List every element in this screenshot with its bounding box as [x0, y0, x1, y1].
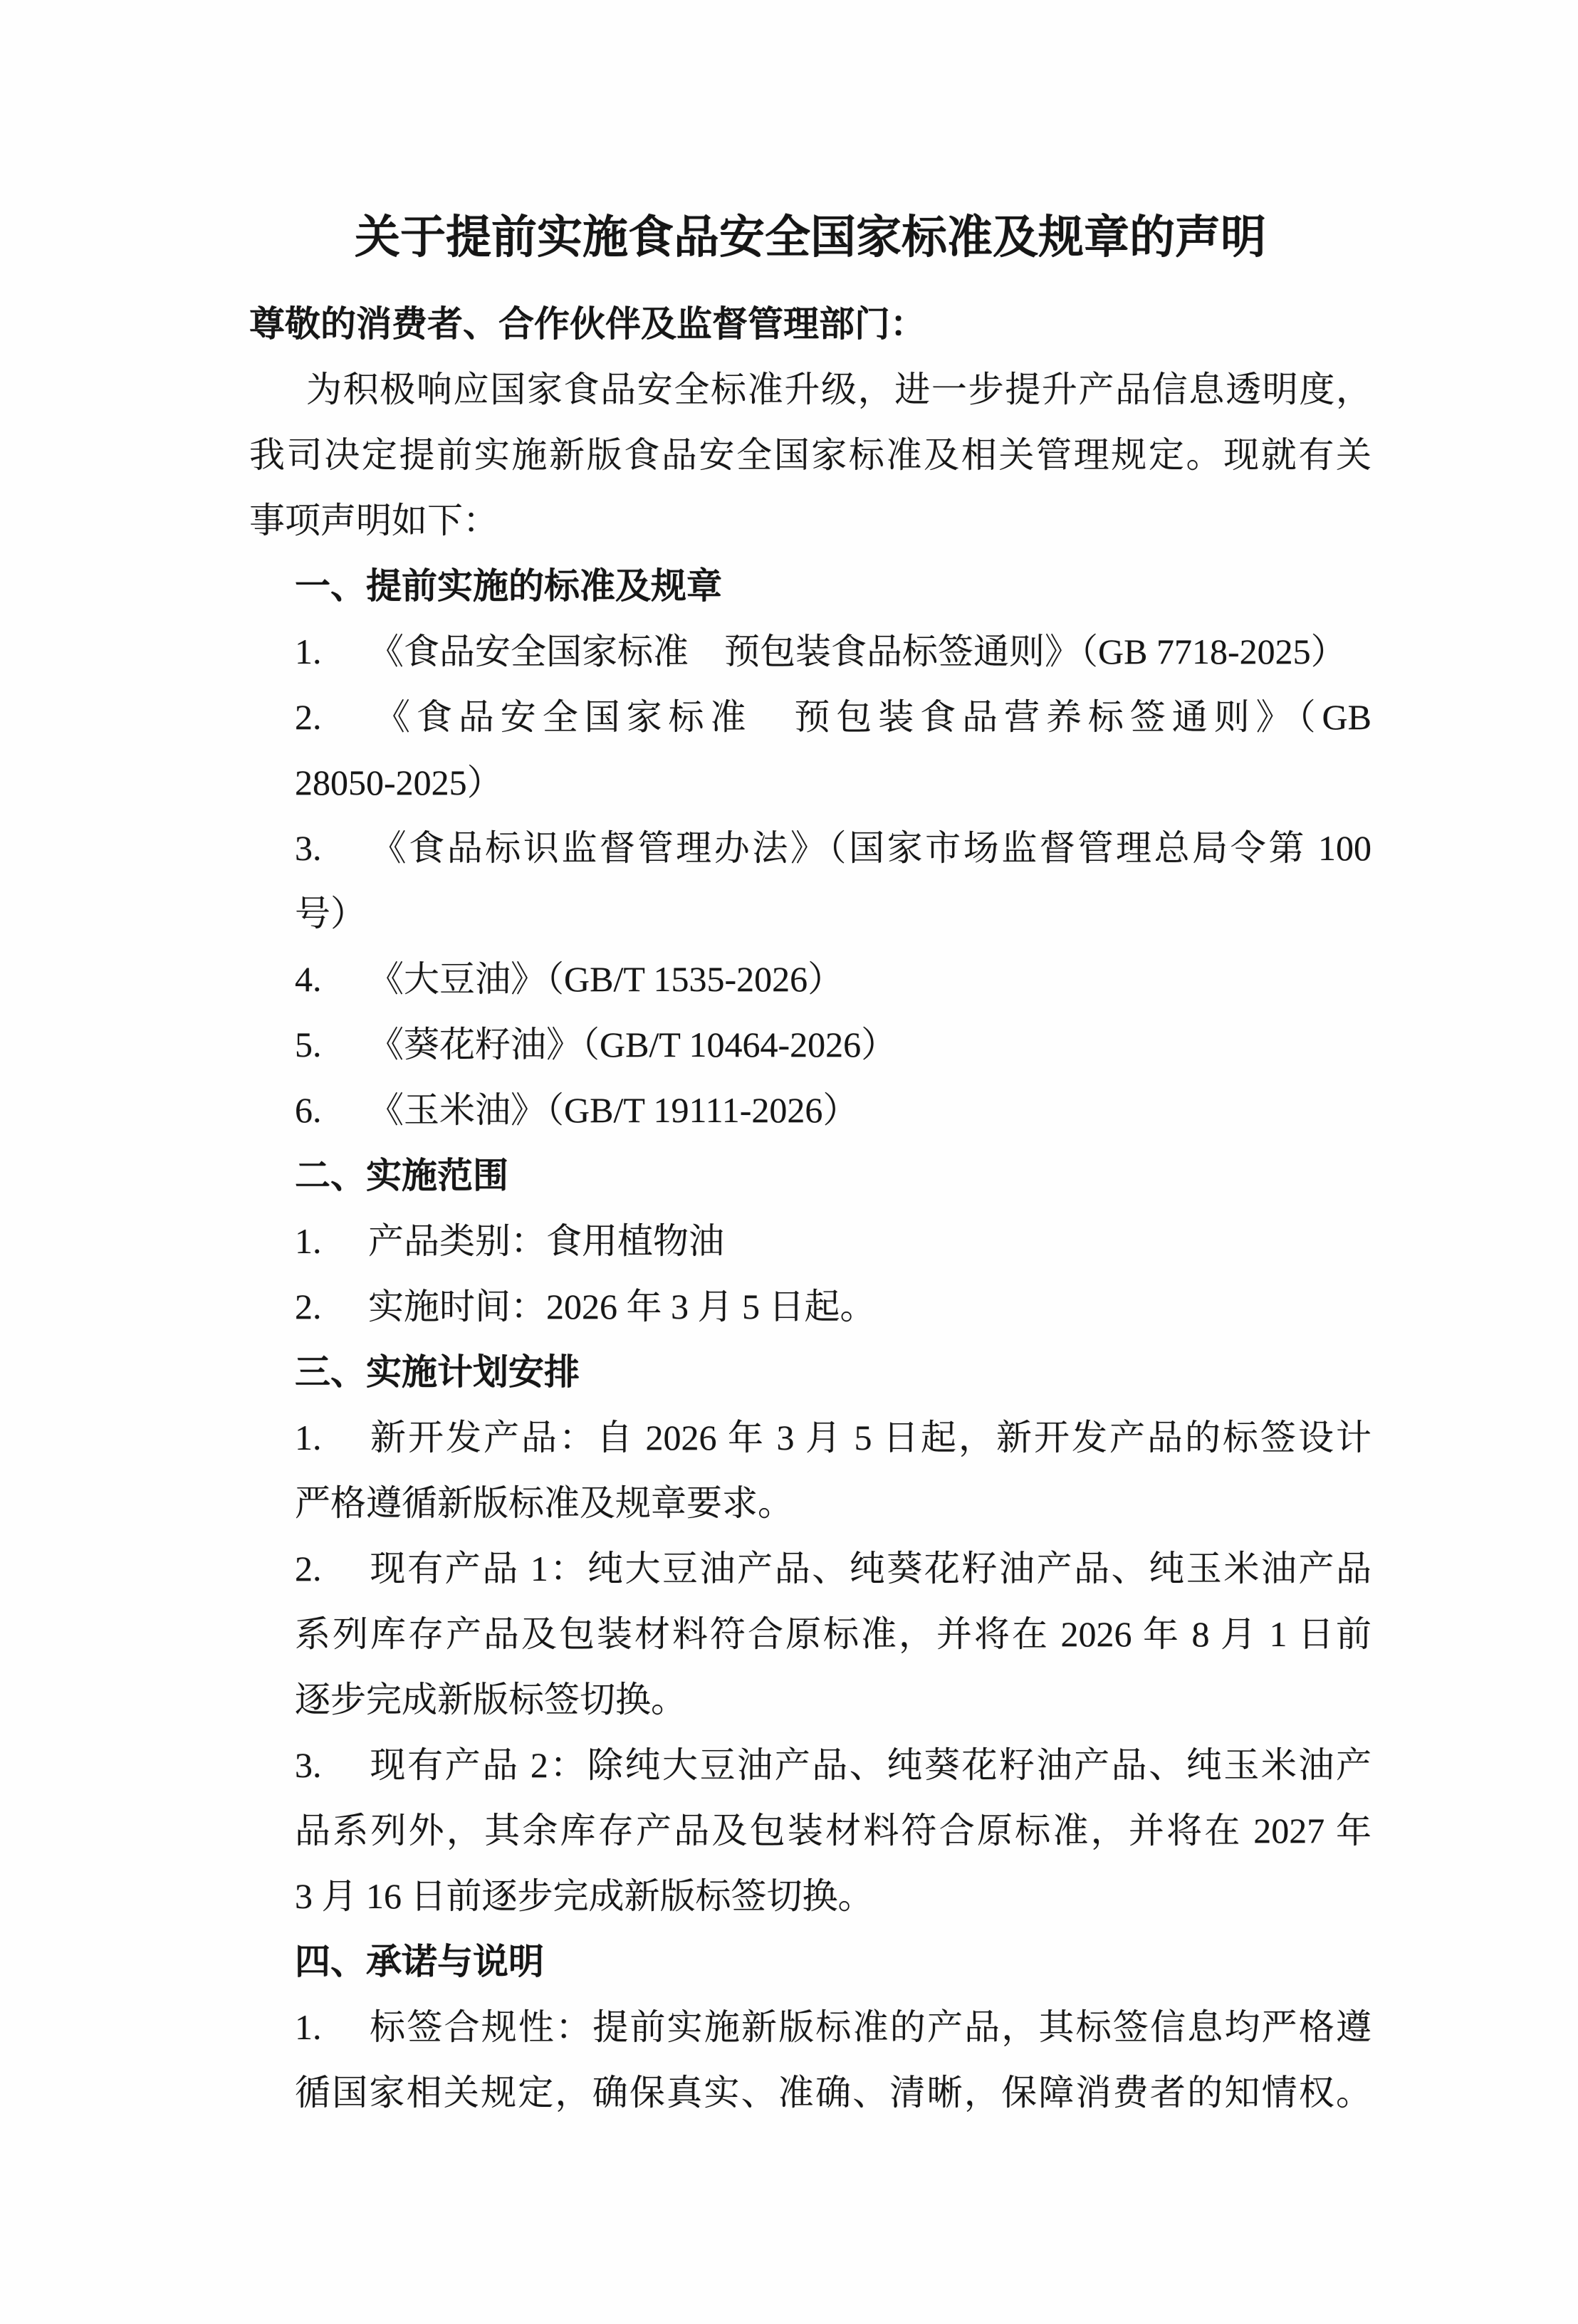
section-heading: 一、提前实施的标准及规章 [295, 553, 1371, 619]
item-line: 3.现有产品 2：除纯大豆油产品、纯葵花籽油产品、纯玉米油产 [295, 1732, 1371, 1798]
list-item: 1.新开发产品：自 2026 年 3 月 5 日起，新开发产品的标签设计 严格遵… [295, 1405, 1371, 1536]
item-line: 严格遵循新版标准及规章要求。 [295, 1470, 1371, 1536]
list-item: 1.产品类别：食用植物油 [295, 1208, 1371, 1274]
item-text: 标签合规性：提前实施新版标准的产品，其标签信息均严格遵 [368, 2007, 1371, 2047]
item-number: 3. [295, 1732, 368, 1798]
item-number: 5. [295, 1012, 368, 1077]
item-text: 《葵花籽油》（GB/T 10464-2026） [368, 1025, 897, 1064]
item-line: 系列库存产品及包装材料符合原标准，并将在 2026 年 8 月 1 日前 [295, 1601, 1371, 1667]
item-number: 1. [295, 619, 368, 684]
item-number: 4. [295, 946, 368, 1012]
item-number: 3. [295, 815, 368, 881]
item-text: 《食品标识监督管理办法》（国家市场监督管理总局令第 100 [368, 828, 1371, 868]
section-standards: 一、提前实施的标准及规章 1.《食品安全国家标准 预包装食品标签通则》（GB 7… [295, 553, 1371, 1143]
list-item: 1.标签合规性：提前实施新版标准的产品，其标签信息均严格遵 循国家相关规定，确保… [295, 1994, 1371, 2125]
item-text: 实施时间：2026 年 3 月 5 日起。 [368, 1287, 876, 1326]
section-heading: 三、实施计划安排 [295, 1339, 1371, 1405]
item-number: 2. [295, 684, 368, 750]
document-page: 关于提前实施食品安全国家标准及规章的声明 尊敬的消费者、合作伙伴及监督管理部门：… [0, 0, 1578, 2324]
list-item: 4.《大豆油》（GB/T 1535-2026） [295, 946, 1371, 1012]
item-number: 2. [295, 1536, 368, 1601]
item-line: 2.《食品安全国家标准 预包装食品营养标签通则》（GB [295, 684, 1371, 750]
list-item: 5.《葵花籽油》（GB/T 10464-2026） [295, 1012, 1371, 1077]
section-commitment: 四、承诺与说明 1.标签合规性：提前实施新版标准的产品，其标签信息均严格遵 循国… [295, 1929, 1371, 2125]
item-line: 逐步完成新版标签切换。 [295, 1667, 1371, 1732]
intro-line: 我司决定提前实施新版食品安全国家标准及相关管理规定。现就有关 [249, 422, 1371, 488]
intro-paragraph: 为积极响应国家食品安全标准升级，进一步提升产品信息透明度， 我司决定提前实施新版… [249, 357, 1371, 553]
document-text: 尊敬的消费者、合作伙伴及监督管理部门： 为积极响应国家食品安全标准升级，进一步提… [249, 291, 1371, 2125]
item-line: 3.《食品标识监督管理办法》（国家市场监督管理总局令第 100 [295, 815, 1371, 881]
item-line: 1.产品类别：食用植物油 [295, 1208, 1371, 1274]
item-line: 28050-2025） [295, 750, 1371, 815]
document-body: 关于提前实施食品安全国家标准及规章的声明 尊敬的消费者、合作伙伴及监督管理部门：… [249, 0, 1371, 2125]
item-text: 《大豆油》（GB/T 1535-2026） [368, 959, 843, 999]
section-scope: 二、实施范围 1.产品类别：食用植物油 2.实施时间：2026 年 3 月 5 … [295, 1143, 1371, 1339]
item-line: 号） [295, 881, 1371, 946]
list-item: 2.现有产品 1：纯大豆油产品、纯葵花籽油产品、纯玉米油产品 系列库存产品及包装… [295, 1536, 1371, 1732]
list-item: 2.《食品安全国家标准 预包装食品营养标签通则》（GB 28050-2025） [295, 684, 1371, 815]
document-title: 关于提前实施食品安全国家标准及规章的声明 [249, 212, 1371, 262]
item-line: 3 月 16 日前逐步完成新版标签切换。 [295, 1863, 1371, 1929]
item-number: 6. [295, 1077, 368, 1143]
item-line: 2.实施时间：2026 年 3 月 5 日起。 [295, 1274, 1371, 1339]
item-line: 1.《食品安全国家标准 预包装食品标签通则》（GB 7718-2025） [295, 619, 1371, 684]
item-text: 《玉米油》（GB/T 19111-2026） [368, 1090, 858, 1130]
section-plan: 三、实施计划安排 1.新开发产品：自 2026 年 3 月 5 日起，新开发产品… [295, 1339, 1371, 1929]
item-text: 现有产品 1：纯大豆油产品、纯葵花籽油产品、纯玉米油产品 [368, 1549, 1371, 1588]
list-item: 6.《玉米油》（GB/T 19111-2026） [295, 1077, 1371, 1143]
item-line: 6.《玉米油》（GB/T 19111-2026） [295, 1077, 1371, 1143]
item-text: 产品类别：食用植物油 [368, 1221, 724, 1261]
item-line: 品系列外，其余库存产品及包装材料符合原标准，并将在 2027 年 [295, 1798, 1371, 1863]
item-text: 《食品安全国家标准 预包装食品营养标签通则》（GB [368, 697, 1371, 737]
item-number: 1. [295, 1994, 368, 2060]
list-item: 3.现有产品 2：除纯大豆油产品、纯葵花籽油产品、纯玉米油产 品系列外，其余库存… [295, 1732, 1371, 1929]
list-item: 3.《食品标识监督管理办法》（国家市场监督管理总局令第 100 号） [295, 815, 1371, 946]
salutation-line: 尊敬的消费者、合作伙伴及监督管理部门： [249, 291, 1371, 357]
intro-line: 事项声明如下： [249, 488, 1371, 553]
item-line: 1.新开发产品：自 2026 年 3 月 5 日起，新开发产品的标签设计 [295, 1405, 1371, 1470]
list-item: 2.实施时间：2026 年 3 月 5 日起。 [295, 1274, 1371, 1339]
item-number: 1. [295, 1405, 368, 1470]
item-line: 2.现有产品 1：纯大豆油产品、纯葵花籽油产品、纯玉米油产品 [295, 1536, 1371, 1601]
item-text: 现有产品 2：除纯大豆油产品、纯葵花籽油产品、纯玉米油产 [368, 1745, 1371, 1785]
item-number: 1. [295, 1208, 368, 1274]
item-line: 5.《葵花籽油》（GB/T 10464-2026） [295, 1012, 1371, 1077]
section-heading: 四、承诺与说明 [295, 1929, 1371, 1994]
list-item: 1.《食品安全国家标准 预包装食品标签通则》（GB 7718-2025） [295, 619, 1371, 684]
section-heading: 二、实施范围 [295, 1143, 1371, 1208]
item-text: 新开发产品：自 2026 年 3 月 5 日起，新开发产品的标签设计 [368, 1418, 1371, 1457]
item-line: 4.《大豆油》（GB/T 1535-2026） [295, 946, 1371, 1012]
item-line: 1.标签合规性：提前实施新版标准的产品，其标签信息均严格遵 [295, 1994, 1371, 2060]
intro-line: 为积极响应国家食品安全标准升级，进一步提升产品信息透明度， [249, 357, 1371, 422]
item-line: 循国家相关规定，确保真实、准确、清晰，保障消费者的知情权。 [295, 2060, 1371, 2125]
item-number: 2. [295, 1274, 368, 1339]
item-text: 《食品安全国家标准 预包装食品标签通则》（GB 7718-2025） [368, 632, 1347, 671]
